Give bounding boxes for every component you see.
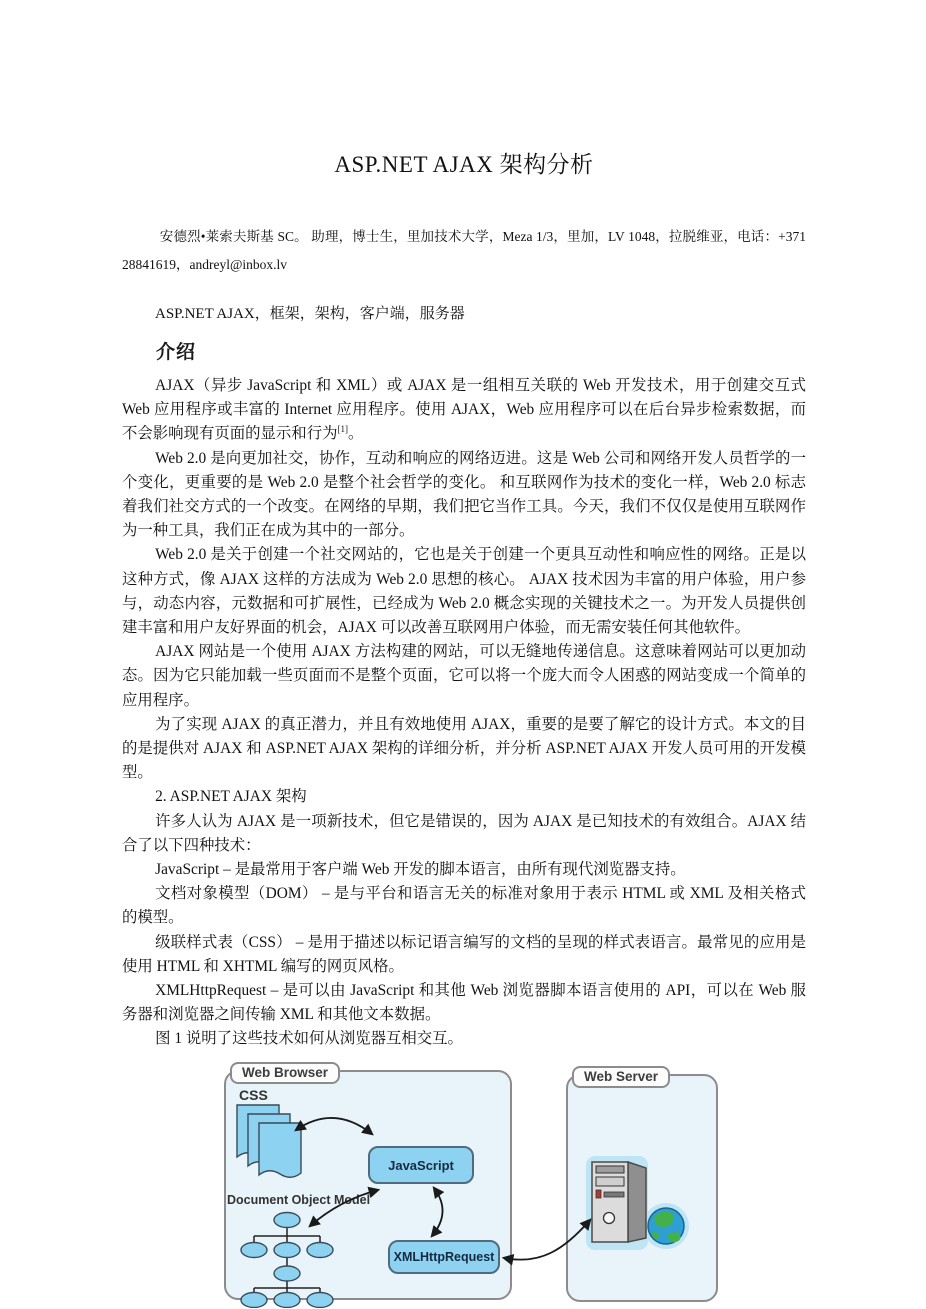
section-heading-2: 2. ASP.NET AJAX 架构 — [122, 785, 806, 809]
arrow-xhr-webserver — [504, 1220, 590, 1260]
footnote-reference: [1] — [337, 424, 348, 434]
paragraph: XMLHttpRequest – 是可以由 JavaScript 和其他 Web… — [122, 979, 806, 1027]
paragraph: 图 1 说明了这些技术如何从浏览器互相交互。 — [122, 1027, 806, 1051]
arrow-css-javascript — [296, 1118, 372, 1134]
paragraph-text: 。 — [348, 425, 363, 442]
intro-heading: 介绍 — [156, 340, 806, 366]
document-body: ASP.NET AJAX 架构分析 安德烈•莱索夫斯基 SC。 助理，博士生，里… — [122, 0, 806, 1052]
author-line: 安德烈•莱索夫斯基 SC。 助理，博士生，里加技术大学，Meza 1/3，里加，… — [122, 223, 806, 279]
figure-1-ajax-architecture: Web Browser Web Server CSS JavaScript Do… — [222, 1062, 720, 1309]
page-title: ASP.NET AJAX 架构分析 — [122, 146, 806, 179]
paragraph: Web 2.0 是向更加社交，协作，互动和响应的网络迈进。这是 Web 公司和网… — [122, 447, 806, 544]
paragraph: JavaScript – 是最常用于客户端 Web 开发的脚本语言，由所有现代浏… — [122, 858, 806, 882]
paragraph: 许多人认为 AJAX 是一项新技术，但它是错误的，因为 AJAX 是已知技术的有… — [122, 810, 806, 858]
arrow-dom-javascript — [310, 1190, 378, 1226]
body-paragraphs: AJAX（异步 JavaScript 和 XML）或 AJAX 是一组相互关联的… — [122, 374, 806, 1052]
paragraph: 文档对象模型（DOM） – 是与平台和语言无关的标准对象用于表示 HTML 或 … — [122, 882, 806, 930]
paragraph: AJAX 网站是一个使用 AJAX 方法构建的网站，可以无缝地传递信息。这意味着… — [122, 640, 806, 713]
arrow-javascript-xhr — [432, 1188, 443, 1236]
figure-arrows — [222, 1062, 720, 1309]
web-server-label: Web Server — [572, 1066, 670, 1088]
paragraph-text: AJAX（异步 JavaScript 和 XML）或 AJAX 是一组相互关联的… — [122, 377, 806, 442]
paragraph: 为了实现 AJAX 的真正潜力，并且有效地使用 AJAX，重要的是要了解它的设计… — [122, 713, 806, 786]
paragraph: AJAX（异步 JavaScript 和 XML）或 AJAX 是一组相互关联的… — [122, 374, 806, 447]
document-page: ASP.NET AJAX 架构分析 安德烈•莱索夫斯基 SC。 助理，博士生，里… — [0, 0, 926, 1309]
keywords-line: ASP.NET AJAX，框架，架构，客户端，服务器 — [122, 303, 806, 325]
paragraph: 级联样式表（CSS） – 是用于描述以标记语言编写的文档的呈现的样式表语言。最常… — [122, 931, 806, 979]
web-browser-label: Web Browser — [230, 1062, 340, 1084]
paragraph: Web 2.0 是关于创建一个社交网站的，它也是关于创建一个更具互动性和响应性的… — [122, 543, 806, 640]
